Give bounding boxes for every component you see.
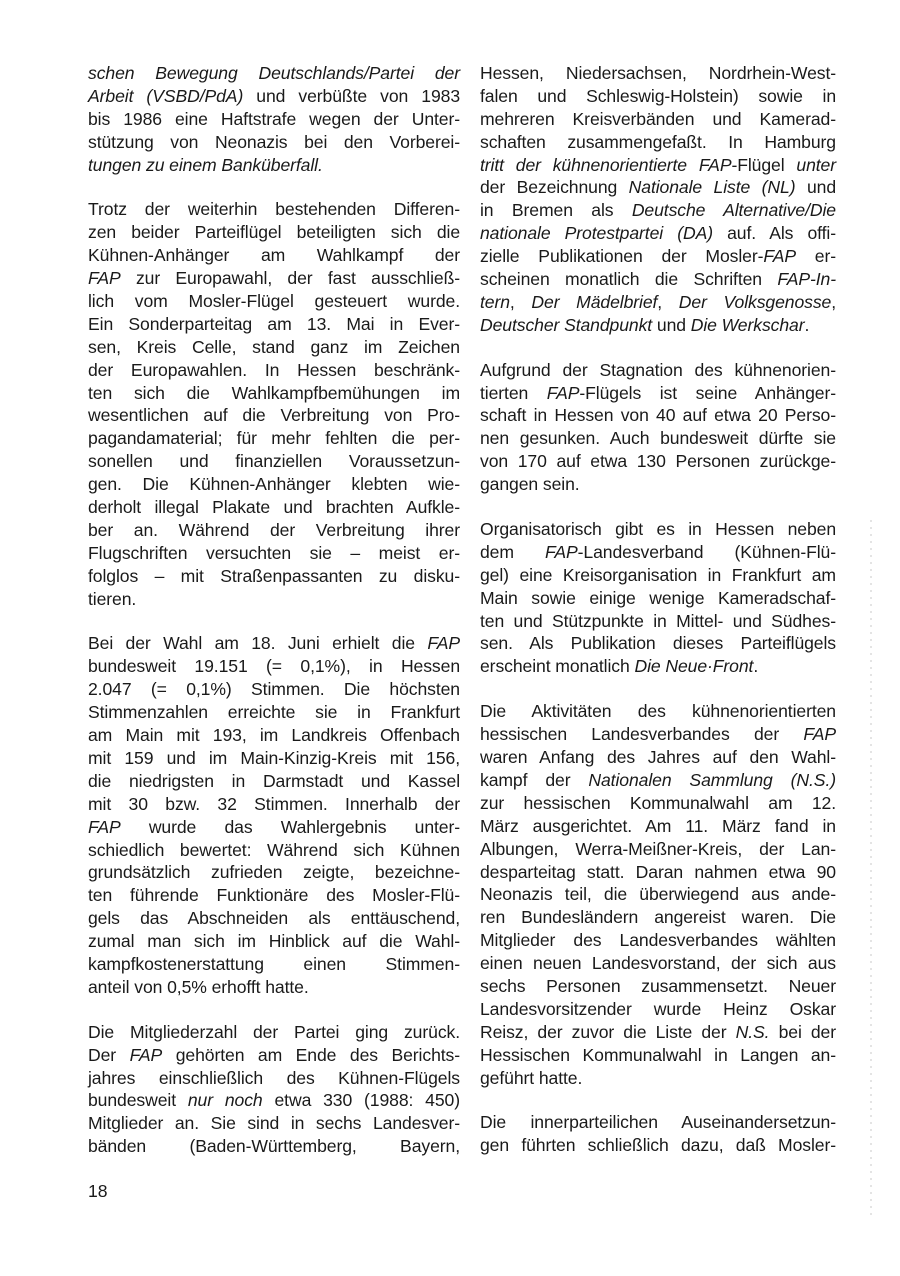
text-line: gen führten schließlich dazu, daß Mosler… (480, 1134, 836, 1157)
text-line: Die innerparteilichen Auseinandersetzun- (480, 1111, 836, 1134)
italic-text: unter (796, 155, 836, 175)
text: der Europawahlen. In Hessen beschränk- (88, 360, 460, 380)
text-line: Albungen, Werra-Meißner-Kreis, der Lan- (480, 838, 836, 861)
text: 2.047 (= 0,1%) Stimmen. Die höchsten (88, 679, 460, 699)
page-number: 18 (88, 1180, 108, 1202)
italic-text: Deutsche Alternative/Die (632, 200, 836, 220)
text: bänden (Baden-Württemberg, Bayern, (88, 1136, 460, 1156)
text-line: Trotz der weiterhin bestehenden Differen… (88, 198, 460, 221)
text: nen gesunken. Auch bundesweit dürfte sie (480, 428, 836, 448)
text: gel) eine Kreisorganisation in Frankfurt… (480, 565, 836, 585)
text: folglos – mit Straßenpassanten zu disku- (88, 566, 460, 586)
text: ten sich die Wahlkampfbemühungen im (88, 383, 460, 403)
text: zielle Publikationen der Mosler- (480, 246, 763, 266)
text: mit 159 und im Main-Kinzig-Kreis mit 156… (88, 748, 460, 768)
text-line: Arbeit (VSBD/PdA) und verbüßte von 1983 (88, 85, 460, 108)
text: geführt hatte. (480, 1068, 582, 1088)
text-line: sonellen und finanziellen Voraussetzun- (88, 450, 460, 473)
text: Reisz, der zuvor die Liste der (480, 1022, 736, 1042)
text: scheinen monatlich die Schriften (480, 269, 777, 289)
text-line: Neonazis teil, die überwiegend aus ande- (480, 883, 836, 906)
text-line: ber an. Während der Verbreitung ihrer (88, 519, 460, 542)
text-line: tritt der kühnenorientierte FAP-Flügel u… (480, 154, 836, 177)
text: Aufgrund der Stagnation des kühnenorien- (480, 360, 836, 380)
text: Der (88, 1045, 130, 1065)
text-line: gel) eine Kreisorganisation in Frankfurt… (480, 564, 836, 587)
text-line: tern, Der Mädelbrief, Der Volksgenosse, (480, 291, 836, 314)
text: zur hessischen Kommunalwahl am 12. (480, 793, 836, 813)
text: gels das Abschneiden als enttäuschend, (88, 908, 460, 928)
text: zur Europawahl, der fast ausschließ- (121, 268, 460, 288)
text-line: 2.047 (= 0,1%) Stimmen. Die höchsten (88, 678, 460, 701)
text-line: schen Bewegung Deutschlands/Partei der (88, 62, 460, 85)
text-line: bundesweit nur noch etwa 330 (1988: 450) (88, 1089, 460, 1112)
paragraph: Trotz der weiterhin bestehenden Differen… (88, 198, 460, 610)
text: in Bremen als (480, 200, 632, 220)
text-line: schaften zusammengefaßt. In Hamburg (480, 131, 836, 154)
text: und verbüßte von 1983 (243, 86, 460, 106)
italic-text: Deutscher Standpunkt (480, 315, 652, 335)
text: ten führende Funktionäre des Mosler-Flü- (88, 885, 460, 905)
text-line: von 170 auf etwa 130 Personen zurückge- (480, 450, 836, 473)
paragraph: Bei der Wahl am 18. Juni erhielt die FAP… (88, 632, 460, 998)
text: der Bezeichnung (480, 177, 629, 197)
text: -Flügel (731, 155, 796, 175)
text-line: mit 159 und im Main-Kinzig-Kreis mit 156… (88, 747, 460, 770)
text-line: jahres einschließlich des Kühnen-Flügels (88, 1067, 460, 1090)
text-line: zumal man sich im Hinblick auf die Wahl- (88, 930, 460, 953)
text: zen beider Parteiflügel beteiligten sich… (88, 222, 460, 242)
text-line: Landesvorsitzender wurde Heinz Oskar (480, 998, 836, 1021)
text-line: grundsätzlich zufrieden zeigte, bezeichn… (88, 861, 460, 884)
text: -Landesverband (Kühnen-Flü- (578, 542, 836, 562)
italic-text: FAP (427, 633, 460, 653)
text: -Flügels ist seine Anhänger- (579, 383, 836, 403)
paragraph: Die Mitgliederzahl der Partei ging zurüc… (88, 1021, 460, 1158)
text-line: mit 30 bzw. 32 Stimmen. Innerhalb der (88, 793, 460, 816)
text-line: hessischen Landesverbandes der FAP (480, 723, 836, 746)
text: grundsätzlich zufrieden zeigte, bezeichn… (88, 862, 460, 882)
italic-text: Die Neue·Front (634, 656, 753, 676)
text: Die Aktivitäten des kühnenorientierten (480, 701, 836, 721)
italic-text: FAP (547, 383, 580, 403)
text: ren Bundesländern angereist waren. Die (480, 907, 836, 927)
text-line: ten und Stützpunkte in Mittel- und Südhe… (480, 610, 836, 633)
text: Ein Sonderparteitag am 13. Mai in Ever- (88, 314, 460, 334)
italic-text: FAP-In- (777, 269, 836, 289)
text-line: kampfkostenerstattung einen Stimmen- (88, 953, 460, 976)
text-line: ren Bundesländern angereist waren. Die (480, 906, 836, 929)
text: und (652, 315, 691, 335)
text-line: einen neuen Landesvorstand, der sich aus (480, 952, 836, 975)
text: gen führten schließlich dazu, daß Mosler… (480, 1135, 836, 1155)
text-line: pagandamaterial; für mehr fehlten die pe… (88, 427, 460, 450)
text: kampfkostenerstattung einen Stimmen- (88, 954, 460, 974)
text: tierten (480, 383, 547, 403)
text-line: sen, Kreis Celle, stand ganz im Zeichen (88, 336, 460, 359)
text-line: zen beider Parteiflügel beteiligten sich… (88, 221, 460, 244)
text: sen, Kreis Celle, stand ganz im Zeichen (88, 337, 460, 357)
text-line: Ein Sonderparteitag am 13. Mai in Ever- (88, 313, 460, 336)
paragraph: Die Aktivitäten des kühnenorientiertenhe… (480, 700, 836, 1089)
text: erscheint monatlich (480, 656, 634, 676)
text-line: folglos – mit Straßenpassanten zu disku- (88, 565, 460, 588)
text: schiedlich bewertet: Während sich Kühnen (88, 840, 460, 860)
text-line: Bei der Wahl am 18. Juni erhielt die FAP (88, 632, 460, 655)
text-column-right: Hessen, Niedersachsen, Nordrhein-West-fa… (480, 62, 836, 1179)
text: waren Anfang des Jahres auf den Wahl- (480, 747, 836, 767)
text: einen neuen Landesvorstand, der sich aus (480, 953, 836, 973)
paragraph: Die innerparteilichen Auseinandersetzun-… (480, 1111, 836, 1157)
text-line: tierten FAP-Flügels ist seine Anhänger- (480, 382, 836, 405)
text: bei der (769, 1022, 836, 1042)
text-column-left: schen Bewegung Deutschlands/Partei derAr… (88, 62, 460, 1180)
text: er- (796, 246, 836, 266)
text: anteil von 0,5% erhofft hatte. (88, 977, 309, 997)
text: Landesvorsitzender wurde Heinz Oskar (480, 999, 836, 1019)
text: Main sowie einige wenige Kameradschaf- (480, 588, 836, 608)
text-line: scheinen monatlich die Schriften FAP-In- (480, 268, 836, 291)
text: , (831, 292, 836, 312)
italic-text: tritt der kühnenorientierte (480, 155, 699, 175)
text: sen. Als Publikation dieses Parteiflügel… (480, 633, 836, 653)
text-line: falen und Schleswig-Holstein) sowie in (480, 85, 836, 108)
italic-text: FAP (88, 268, 121, 288)
text: Kühnen-Anhänger am Wahlkampf der (88, 245, 460, 265)
text-line: sen. Als Publikation dieses Parteiflügel… (480, 632, 836, 655)
text: schaften zusammengefaßt. In Hamburg (480, 132, 836, 152)
text-line: Reisz, der zuvor die Liste der N.S. bei … (480, 1021, 836, 1044)
text-line: wesentlichen auf die Verbreitung von Pro… (88, 404, 460, 427)
text: Hessen, Niedersachsen, Nordrhein-West- (480, 63, 836, 83)
text: wurde das Wahlergebnis unter- (121, 817, 460, 837)
text: ten und Stützpunkte in Mittel- und Südhe… (480, 611, 836, 631)
text-line: Kühnen-Anhänger am Wahlkampf der (88, 244, 460, 267)
italic-text: tern (480, 292, 510, 312)
italic-text: tungen zu einem Banküberfall. (88, 155, 323, 175)
italic-text: FAP (763, 246, 796, 266)
text-line: nationale Protestpartei (DA) auf. Als of… (480, 222, 836, 245)
text: gangen sein. (480, 474, 580, 494)
text-line: Stimmenzahlen erreichte sie in Frankfurt (88, 701, 460, 724)
text: Organisatorisch gibt es in Hessen neben (480, 519, 836, 539)
text: Mitglieder des Landesverbandes wählten (480, 930, 836, 950)
text-line: zielle Publikationen der Mosler-FAP er- (480, 245, 836, 268)
italic-text: FAP (130, 1045, 163, 1065)
text-line: tieren. (88, 588, 460, 611)
text: etwa 330 (1988: 450) (263, 1090, 460, 1110)
text: die niedrigsten in Darmstadt und Kassel (88, 771, 460, 791)
italic-text: FAP (803, 724, 836, 744)
text: Trotz der weiterhin bestehenden Differen… (88, 199, 460, 219)
text-line: lich vom Mosler-Flügel gesteuert wurde. (88, 290, 460, 313)
text-line: die niedrigsten in Darmstadt und Kassel (88, 770, 460, 793)
text-line: FAP zur Europawahl, der fast ausschließ- (88, 267, 460, 290)
italic-text: FAP (545, 542, 578, 562)
text-line: mehreren Kreisverbänden und Kamerad- (480, 108, 836, 131)
text: , (510, 292, 531, 312)
text-line: waren Anfang des Jahres auf den Wahl- (480, 746, 836, 769)
text-line: Aufgrund der Stagnation des kühnenorien- (480, 359, 836, 382)
text: Albungen, Werra-Meißner-Kreis, der Lan- (480, 839, 836, 859)
text: Bei der Wahl am 18. Juni erhielt die (88, 633, 427, 653)
text-line: erscheint monatlich Die Neue·Front. (480, 655, 836, 678)
text-line: kampf der Nationalen Sammlung (N.S.) (480, 769, 836, 792)
text-line: Deutscher Standpunkt und Die Werkschar. (480, 314, 836, 337)
paragraph: Aufgrund der Stagnation des kühnenorien-… (480, 359, 836, 496)
italic-text: schen Bewegung Deutschlands/Partei der (88, 63, 460, 83)
text: desparteitag statt. Daran nahmen etwa 90 (480, 862, 836, 882)
text: Flugschriften versuchten sie – meist er- (88, 543, 460, 563)
text: bis 1986 eine Haftstrafe wegen der Unter… (88, 109, 460, 129)
text-line: Der FAP gehörten am Ende des Berichts- (88, 1044, 460, 1067)
text-line: gen. Die Kühnen-Anhänger klebten wie- (88, 473, 460, 496)
text-line: gangen sein. (480, 473, 836, 496)
text-line: sechs Personen zusammensetzt. Neuer (480, 975, 836, 998)
text-line: anteil von 0,5% erhofft hatte. (88, 976, 460, 999)
italic-text: Die Werkschar (691, 315, 805, 335)
text-line: Flugschriften versuchten sie – meist er- (88, 542, 460, 565)
text: ber an. Während der Verbreitung ihrer (88, 520, 460, 540)
text: bundesweit (88, 1090, 188, 1110)
text-line: Main sowie einige wenige Kameradschaf- (480, 587, 836, 610)
text-line: nen gesunken. Auch bundesweit dürfte sie (480, 427, 836, 450)
text: Die innerparteilichen Auseinandersetzun- (480, 1112, 836, 1132)
text-line: bänden (Baden-Württemberg, Bayern, (88, 1135, 460, 1158)
text-line: schiedlich bewertet: Während sich Kühnen (88, 839, 460, 862)
text: tieren. (88, 589, 136, 609)
text: bundesweit 19.151 (= 0,1%), in Hessen (88, 656, 460, 676)
text: Die Mitgliederzahl der Partei ging zurüc… (88, 1022, 460, 1042)
text-line: am Main mit 193, im Landkreis Offenbach (88, 724, 460, 747)
text: Stimmenzahlen erreichte sie in Frankfurt (88, 702, 460, 722)
italic-text: nationale Protestpartei (DA) (480, 223, 713, 243)
text-line: geführt hatte. (480, 1067, 836, 1090)
italic-text: Nationalen Sammlung (N.S.) (588, 770, 836, 790)
text-line: FAP wurde das Wahlergebnis unter- (88, 816, 460, 839)
text-line: zur hessischen Kommunalwahl am 12. (480, 792, 836, 815)
text: und (796, 177, 837, 197)
paragraph: Hessen, Niedersachsen, Nordrhein-West-fa… (480, 62, 836, 337)
text-line: der Bezeichnung Nationale Liste (NL) und (480, 176, 836, 199)
text-line: in Bremen als Deutsche Alternative/Die (480, 199, 836, 222)
italic-text: Der Volksgenosse (679, 292, 831, 312)
text: . (753, 656, 758, 676)
text-line: gels das Abschneiden als enttäuschend, (88, 907, 460, 930)
text-line: stützung von Neonazis bei den Vorberei- (88, 131, 460, 154)
text: , (657, 292, 678, 312)
text: zumal man sich im Hinblick auf die Wahl- (88, 931, 460, 951)
text-line: Hessischen Kommunalwahl in Langen an- (480, 1044, 836, 1067)
text-line: Die Aktivitäten des kühnenorientierten (480, 700, 836, 723)
text-line: Organisatorisch gibt es in Hessen neben (480, 518, 836, 541)
italic-text: FAP (88, 817, 121, 837)
text: pagandamaterial; für mehr fehlten die pe… (88, 428, 460, 448)
text-line: Hessen, Niedersachsen, Nordrhein-West- (480, 62, 836, 85)
text: kampf der (480, 770, 588, 790)
text: jahres einschließlich des Kühnen-Flügels (88, 1068, 460, 1088)
text: . (804, 315, 809, 335)
italic-text: Arbeit (VSBD/PdA) (88, 86, 243, 106)
text-line: ten führende Funktionäre des Mosler-Flü- (88, 884, 460, 907)
text: mehreren Kreisverbänden und Kamerad- (480, 109, 836, 129)
text-line: derholt illegal Plakate und brachten Auf… (88, 496, 460, 519)
italic-text: Nationale Liste (NL) (629, 177, 796, 197)
text: sonellen und finanziellen Voraussetzun- (88, 451, 460, 471)
text: lich vom Mosler-Flügel gesteuert wurde. (88, 291, 460, 311)
text: Neonazis teil, die überwiegend aus ande- (480, 884, 836, 904)
text: schaft in Hessen von 40 auf etwa 20 Pers… (480, 405, 836, 425)
scan-artifact-edge (870, 520, 872, 1220)
text-line: ten sich die Wahlkampfbemühungen im (88, 382, 460, 405)
text-line: Die Mitgliederzahl der Partei ging zurüc… (88, 1021, 460, 1044)
paragraph: Organisatorisch gibt es in Hessen nebend… (480, 518, 836, 678)
text: am Main mit 193, im Landkreis Offenbach (88, 725, 460, 745)
text: auf. Als offi- (713, 223, 836, 243)
text: mit 30 bzw. 32 Stimmen. Innerhalb der (88, 794, 460, 814)
italic-text: Der Mädelbrief (531, 292, 657, 312)
text-line: tungen zu einem Banküberfall. (88, 154, 460, 177)
text: derholt illegal Plakate und brachten Auf… (88, 497, 460, 517)
text-line: März ausgerichtet. Am 11. März fand in (480, 815, 836, 838)
text-line: dem FAP-Landesverband (Kühnen-Flü- (480, 541, 836, 564)
italic-text: N.S. (736, 1022, 770, 1042)
text-line: Mitglieder des Landesverbandes wählten (480, 929, 836, 952)
text: von 170 auf etwa 130 Personen zurückge- (480, 451, 836, 471)
text-line: schaft in Hessen von 40 auf etwa 20 Pers… (480, 404, 836, 427)
text: dem (480, 542, 545, 562)
italic-text: FAP (699, 155, 732, 175)
text-line: bundesweit 19.151 (= 0,1%), in Hessen (88, 655, 460, 678)
text: wesentlichen auf die Verbreitung von Pro… (88, 405, 460, 425)
text: gen. Die Kühnen-Anhänger klebten wie- (88, 474, 460, 494)
text-line: der Europawahlen. In Hessen beschränk- (88, 359, 460, 382)
text: sechs Personen zusammensetzt. Neuer (480, 976, 836, 996)
text: März ausgerichtet. Am 11. März fand in (480, 816, 836, 836)
text: Hessischen Kommunalwahl in Langen an- (480, 1045, 836, 1065)
text: stützung von Neonazis bei den Vorberei- (88, 132, 460, 152)
text: Mitglieder an. Sie sind in sechs Landesv… (88, 1113, 460, 1133)
text-line: desparteitag statt. Daran nahmen etwa 90 (480, 861, 836, 884)
text-line: bis 1986 eine Haftstrafe wegen der Unter… (88, 108, 460, 131)
text: hessischen Landesverbandes der (480, 724, 803, 744)
italic-text: nur noch (188, 1090, 263, 1110)
text-line: Mitglieder an. Sie sind in sechs Landesv… (88, 1112, 460, 1135)
paragraph: schen Bewegung Deutschlands/Partei derAr… (88, 62, 460, 176)
text: gehörten am Ende des Berichts- (162, 1045, 460, 1065)
text: falen und Schleswig-Holstein) sowie in (480, 86, 836, 106)
